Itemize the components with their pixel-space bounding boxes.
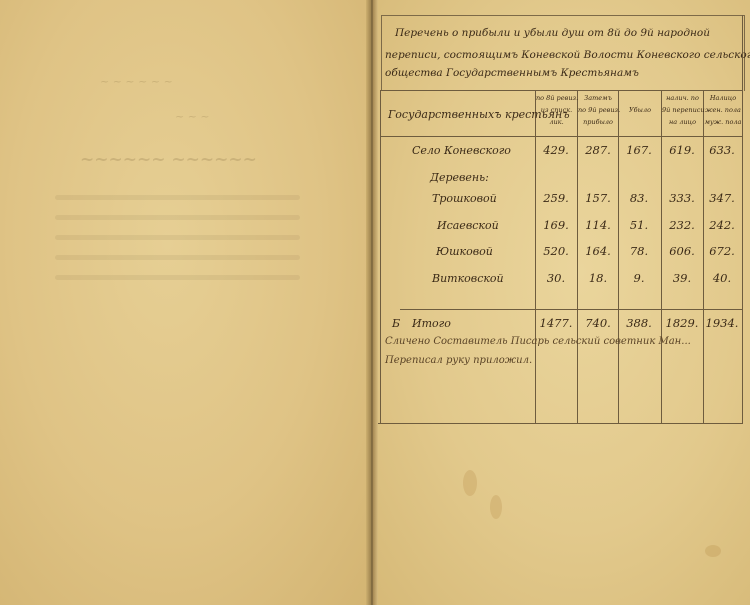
total-c3: 388.	[618, 316, 660, 330]
total-c4: 1829.	[661, 316, 703, 330]
header-bottom-border	[380, 136, 743, 137]
total-rule	[400, 309, 743, 310]
cell-c1: 520.	[535, 244, 577, 258]
cell-c2: 287.	[577, 143, 619, 157]
header-col-4: налич. по 9й переписи на лицо	[662, 92, 703, 128]
row-place: Юшковой	[436, 245, 493, 258]
left-page: ~ ~ ~ ~ ~ ~ ~ ~ ~ ~~~~~~ ~~~~~~	[0, 0, 372, 605]
cell-c5: 40.	[701, 271, 743, 285]
cell-c5: 347.	[701, 191, 743, 205]
total-c1: 1477.	[535, 316, 577, 330]
header-col-3: Убыло	[619, 104, 661, 116]
bleed-through-line	[55, 195, 300, 200]
cell-c5: 242.	[701, 218, 743, 232]
cell-c4: 619.	[661, 143, 703, 157]
cell-c2: 157.	[577, 191, 619, 205]
cell-c2: 164.	[577, 244, 619, 258]
note-line-1: Сличено Составитель Писарь сельский сове…	[385, 336, 691, 347]
total-label: Итого	[412, 317, 451, 330]
heading-line-3: общества Государственнымъ Крестьянамъ	[385, 67, 639, 79]
header-col-5: Налицо жен. пола муж. пола	[704, 92, 742, 128]
bleed-through-text: ~ ~ ~	[175, 110, 210, 123]
cell-c1: 169.	[535, 218, 577, 232]
bleed-through-line	[55, 215, 300, 220]
bleed-through-line	[55, 255, 300, 260]
table-top-border	[380, 90, 743, 91]
cell-c4: 39.	[661, 271, 703, 285]
bleed-through-line	[55, 275, 300, 280]
book-gutter	[366, 0, 378, 605]
cell-c3: 83.	[618, 191, 660, 205]
total-c2: 740.	[577, 316, 619, 330]
bleed-through-line	[55, 235, 300, 240]
cell-c4: 232.	[661, 218, 703, 232]
cell-c3: 167.	[618, 143, 660, 157]
row-place: Трошковой	[432, 192, 497, 205]
stain	[490, 495, 502, 519]
row-place: Исаевской	[437, 219, 499, 232]
cell-c3: 9.	[618, 271, 660, 285]
cell-c4: 333.	[661, 191, 703, 205]
header-col-1: по 8й ревиз. из списк. лик.	[536, 92, 577, 128]
cell-c4: 606.	[661, 244, 703, 258]
row-place: Витковской	[432, 272, 504, 285]
total-prefix: Б	[392, 317, 400, 330]
subheading-villages: Деревень:	[430, 171, 489, 184]
row-place: Село Коневского	[412, 144, 511, 157]
bleed-through-text: ~~~~~~ ~~~~~~	[80, 150, 257, 170]
table-bottom-border	[378, 423, 743, 424]
cell-c3: 51.	[618, 218, 660, 232]
cell-c2: 114.	[577, 218, 619, 232]
heading-line-2: переписи, состоящимъ Коневской Волости К…	[385, 49, 750, 61]
header-col-2: Затемъ по 9й ревиз. прибыло	[578, 92, 618, 128]
cell-c1: 259.	[535, 191, 577, 205]
cell-c5: 672.	[701, 244, 743, 258]
stain	[463, 470, 477, 496]
cell-c2: 18.	[577, 271, 619, 285]
table-left-border	[380, 90, 381, 424]
stain	[705, 545, 721, 557]
bleed-through-text: ~ ~ ~ ~ ~ ~	[100, 75, 173, 88]
heading-line-1: Перечень о прибыли и убыли душ от 8й до …	[395, 27, 710, 39]
cell-c1: 30.	[535, 271, 577, 285]
cell-c3: 78.	[618, 244, 660, 258]
total-c5: 1934.	[701, 316, 743, 330]
cell-c5: 633.	[701, 143, 743, 157]
cell-c1: 429.	[535, 143, 577, 157]
note-line-2: Переписал руку приложил.	[385, 355, 532, 366]
